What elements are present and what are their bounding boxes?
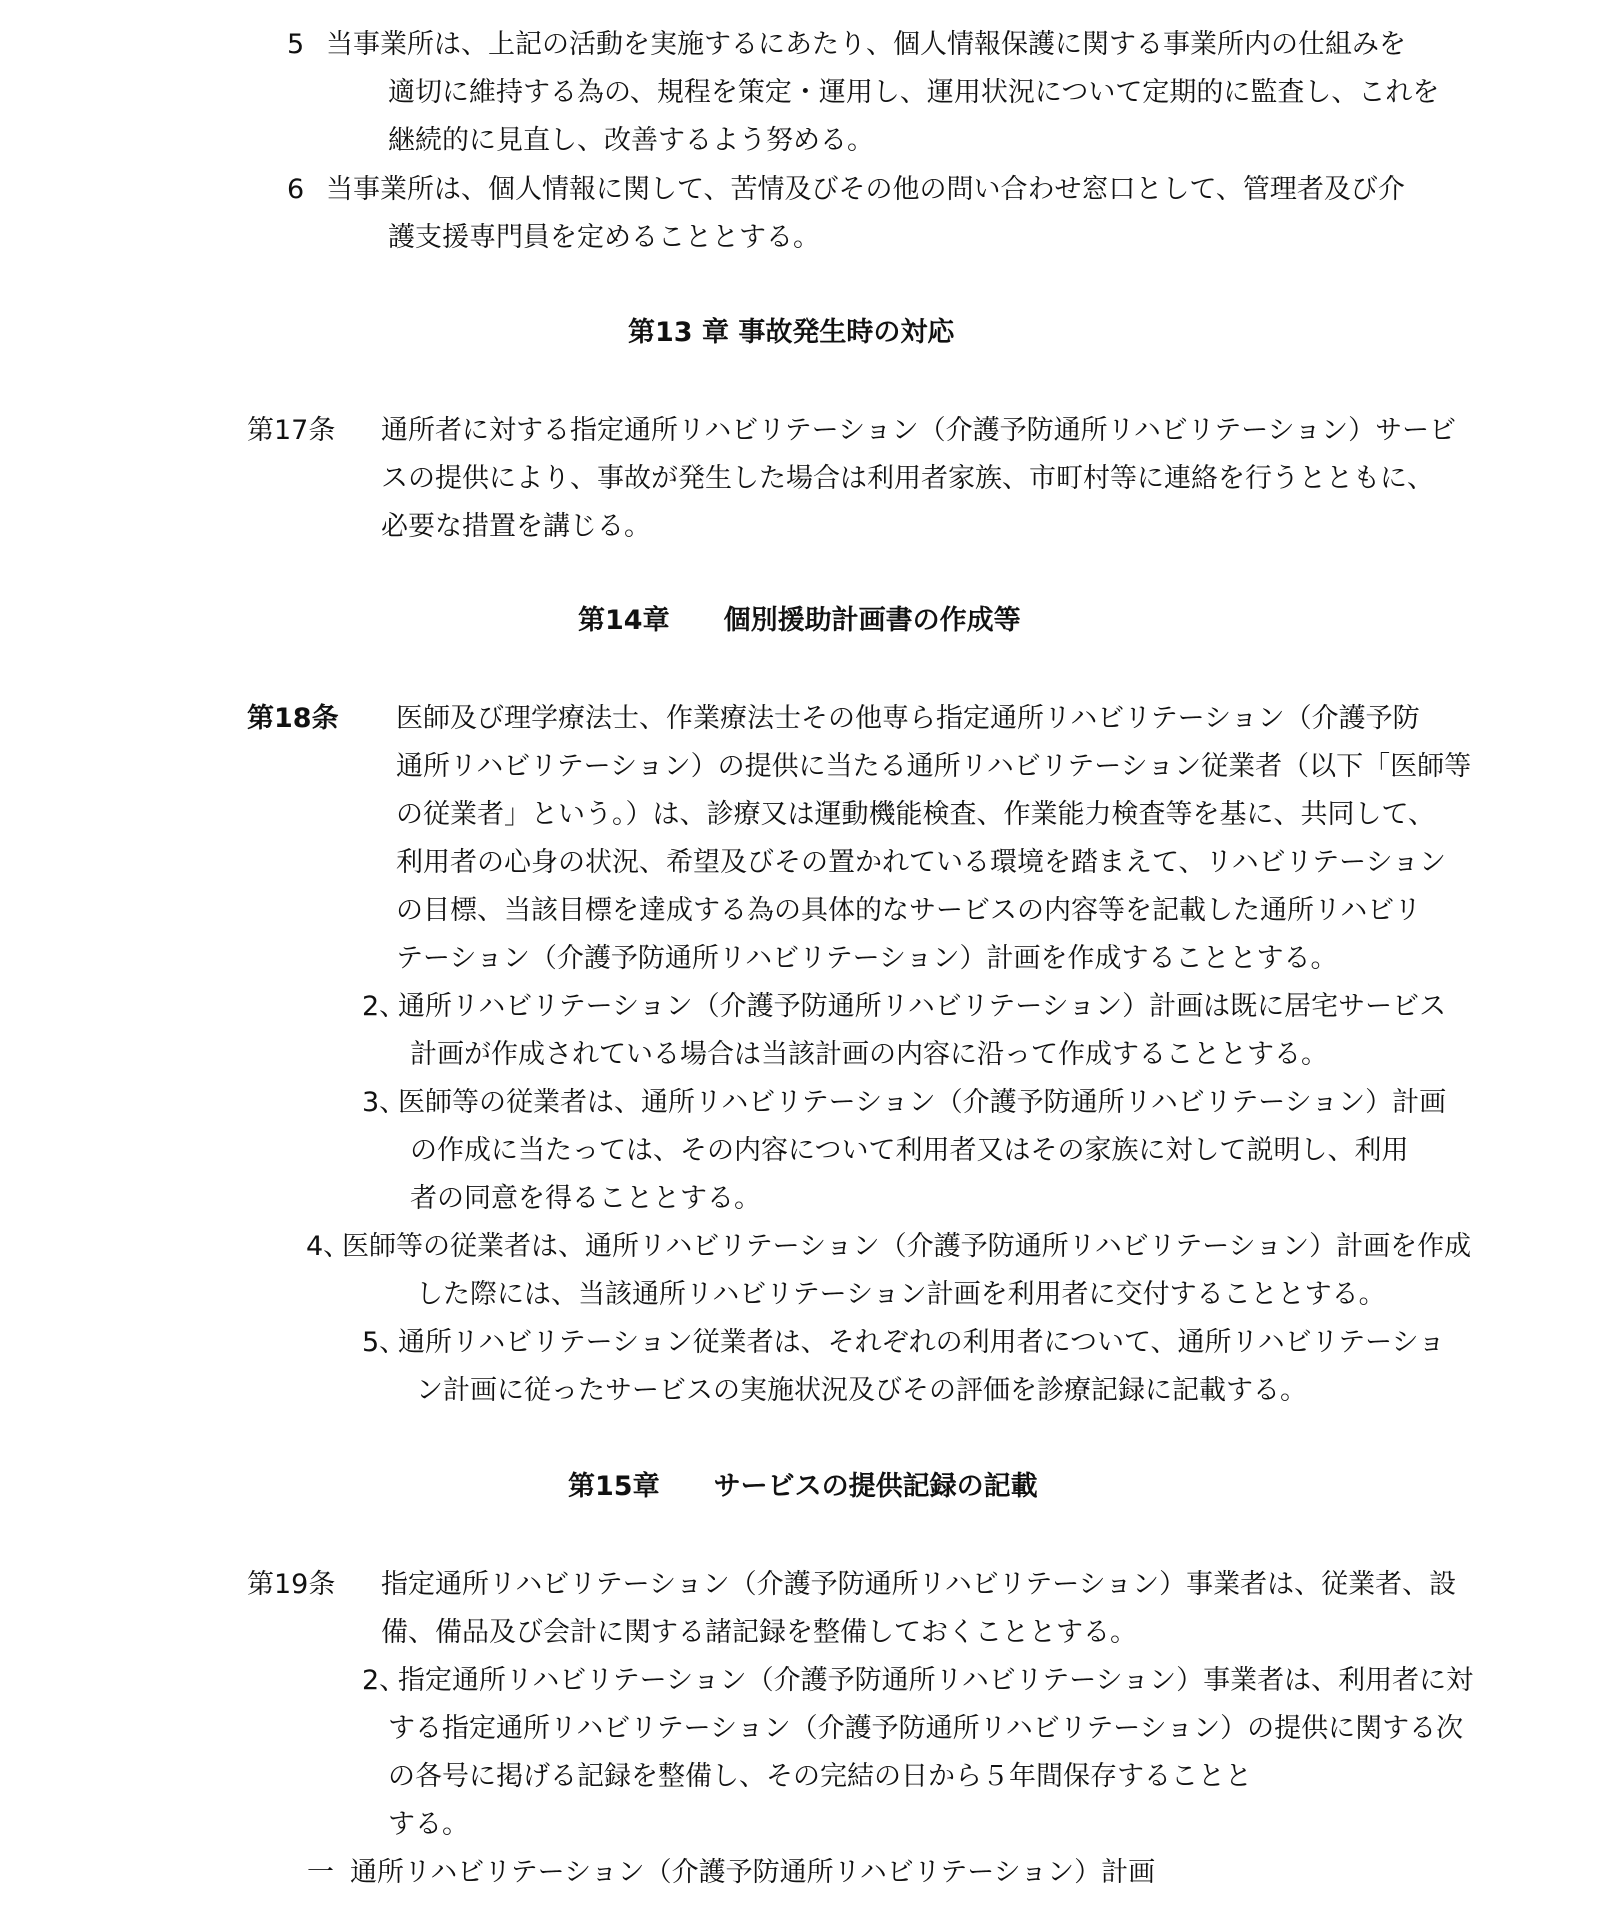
text-line: した際には、当該通所リハビリテーション計画を利用者に交付することとする。 xyxy=(416,1278,1386,1312)
text-line: 適切に維持する為の、規程を策定・運用し、運用状況について定期的に監査し、これを xyxy=(388,76,1439,110)
text-line: 備、備品及び会計に関する諸記録を整備しておくこととする。 xyxy=(381,1616,1137,1650)
text-line: の各号に掲げる記録を整備し、その完結の日から５年間保存することと xyxy=(388,1760,1252,1794)
text-line: 医師等の従業者は、通所リハビリテーション（介護予防通所リハビリテーション）計画 xyxy=(398,1086,1446,1120)
text-line: 通所リハビリテーション（介護予防通所リハビリテーション）計画 xyxy=(350,1856,1155,1890)
chapter-14-heading: 第14章 個別援助計画書の作成等 xyxy=(578,604,1021,638)
text-line: 継続的に見直し、改善するよう努める。 xyxy=(388,124,874,158)
text-line: する。 xyxy=(388,1808,469,1842)
item-number: 6 xyxy=(287,173,304,207)
article-label: 第19条 xyxy=(247,1568,335,1602)
text-line: テーション（介護予防通所リハビリテーション）計画を作成することとする。 xyxy=(396,942,1338,976)
text-line: 護支援専門員を定めることとする。 xyxy=(388,221,820,255)
article-label: 第18条 xyxy=(247,702,339,736)
text-line: 必要な措置を講じる。 xyxy=(381,510,651,544)
text-line: の作成に当たっては、その内容について利用者又はその家族に対して説明し、利用 xyxy=(410,1134,1408,1168)
text-line: 通所者に対する指定通所リハビリテーション（介護予防通所リハビリテーション）サービ xyxy=(381,414,1456,448)
article-label: 第17条 xyxy=(247,414,335,448)
text-line: 通所リハビリテーション）の提供に当たる通所リハビリテーション従業者（以下「医師等 xyxy=(396,750,1471,784)
text-line: 計画が作成されている場合は当該計画の内容に沿って作成することとする。 xyxy=(410,1038,1328,1072)
text-line: する指定通所リハビリテーション（介護予防通所リハビリテーション）の提供に関する次 xyxy=(388,1712,1463,1746)
text-line: スの提供により、事故が発生した場合は利用者家族、市町村等に連絡を行うとともに、 xyxy=(381,462,1434,496)
text-line: 利用者の心身の状況、希望及びその置かれている環境を踏まえて、リハビリテーション xyxy=(396,846,1446,880)
text-line: 当事業所は、上記の活動を実施するにあたり、個人情報保護に関する事業所内の仕組みを xyxy=(326,28,1406,62)
text-line: 医師及び理学療法士、作業療法士その他専ら指定通所リハビリテーション（介護予防 xyxy=(396,702,1420,736)
chapter-15-heading: 第15章 サービスの提供記録の記載 xyxy=(568,1470,1038,1504)
text-line: の目標、当該目標を達成する為の具体的なサービスの内容等を記載した通所リハビリ xyxy=(396,894,1421,928)
text-line: 通所リハビリテーション（介護予防通所リハビリテーション）計画は既に居宅サービス xyxy=(398,990,1446,1024)
text-line: 指定通所リハビリテーション（介護予防通所リハビリテーション）事業者は、従業者、設 xyxy=(381,1568,1456,1602)
text-line: 当事業所は、個人情報に関して、苦情及びその他の問い合わせ窓口として、管理者及び介 xyxy=(326,173,1405,207)
sub-item-number: 一 xyxy=(307,1856,334,1890)
text-line: 通所リハビリテーション従業者は、それぞれの利用者について、通所リハビリテーショ xyxy=(398,1326,1445,1360)
text-line: 医師等の従業者は、通所リハビリテーション（介護予防通所リハビリテーション）計画を… xyxy=(342,1230,1471,1264)
text-line: ン計画に従ったサービスの実施状況及びその評価を診療記録に記載する。 xyxy=(416,1374,1307,1408)
text-line: 者の同意を得ることとする。 xyxy=(410,1182,761,1216)
text-line: の従業者」という。）は、診療又は運動機能検査、作業能力検査等を基に、共同して、 xyxy=(396,798,1435,832)
item-number: 5 xyxy=(287,28,304,62)
text-line: 指定通所リハビリテーション（介護予防通所リハビリテーション）事業者は、利用者に対 xyxy=(398,1664,1473,1698)
chapter-13-heading: 第13 章 事故発生時の対応 xyxy=(628,316,954,350)
